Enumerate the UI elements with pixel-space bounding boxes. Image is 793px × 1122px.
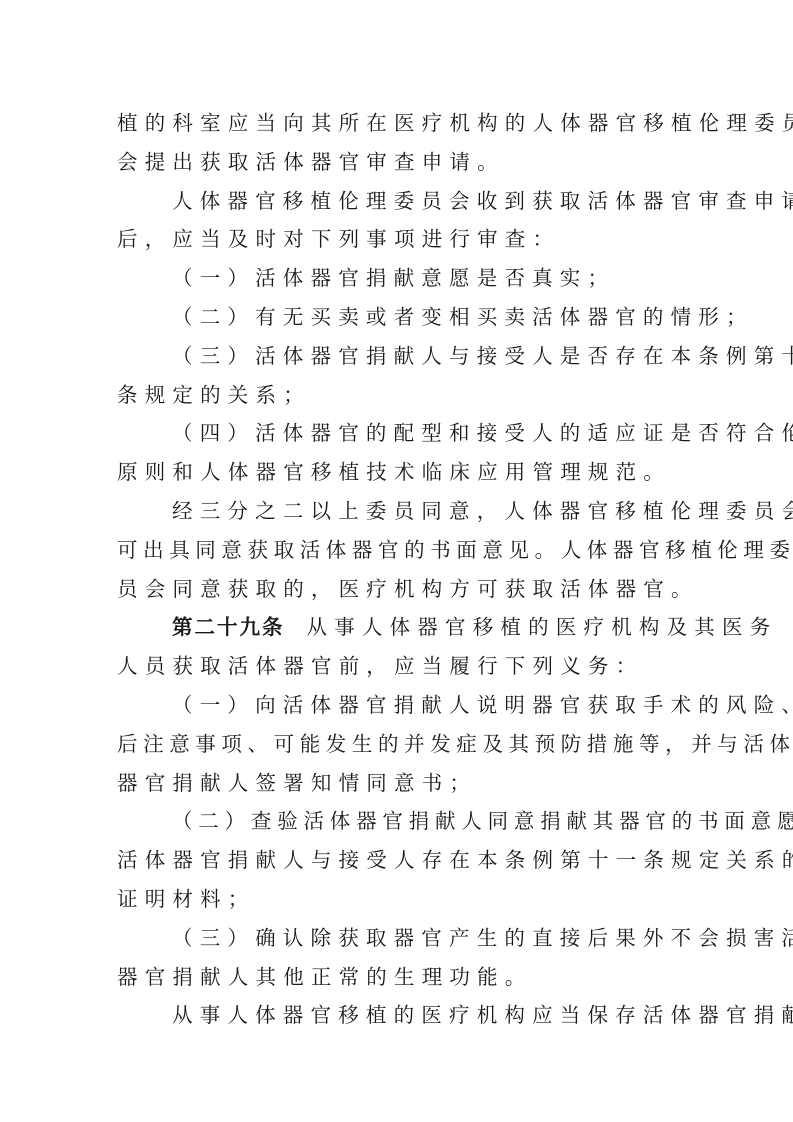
list-item-1: （一）向活体器官捐献人说明器官获取手术的风险、术 — [117, 686, 673, 725]
text-line: 员会同意获取的，医疗机构方可获取活体器官。 — [117, 570, 673, 609]
text-line: 原则和人体器官移植技术临床应用管理规范。 — [117, 453, 673, 492]
article-29-line: 第二十九条从事人体器官移植的医疗机构及其医务 — [117, 608, 673, 647]
list-item-1: （一）活体器官捐献意愿是否真实； — [117, 259, 673, 298]
text-line: 证明材料； — [117, 880, 673, 919]
list-item-3: （三）确认除获取器官产生的直接后果外不会损害活体 — [117, 919, 673, 958]
text-line: 会提出获取活体器官审查申请。 — [117, 143, 673, 182]
article-heading: 第二十九条 — [172, 615, 285, 639]
text-line: 活体器官捐献人与接受人存在本条例第十一条规定关系的 — [117, 841, 673, 880]
list-item-2: （二）查验活体器官捐献人同意捐献其器官的书面意愿、 — [117, 802, 673, 841]
text-line: 植的科室应当向其所在医疗机构的人体器官移植伦理委员 — [117, 104, 673, 143]
article-text: 从事人体器官移植的医疗机构及其医务 — [307, 615, 778, 639]
text-line: 后，应当及时对下列事项进行审查： — [117, 220, 673, 259]
text-line: 可出具同意获取活体器官的书面意见。人体器官移植伦理委 — [117, 531, 673, 570]
text-line: 人员获取活体器官前，应当履行下列义务： — [117, 647, 673, 686]
text-line: 器官捐献人签署知情同意书； — [117, 764, 673, 803]
text-line: 条规定的关系； — [117, 376, 673, 415]
text-line: 器官捐献人其他正常的生理功能。 — [117, 958, 673, 997]
document-page: 植的科室应当向其所在医疗机构的人体器官移植伦理委员 会提出获取活体器官审查申请。… — [117, 104, 673, 1035]
list-item-3: （三）活体器官捐献人与接受人是否存在本条例第十一 — [117, 337, 673, 376]
paragraph-start: 经三分之二以上委员同意，人体器官移植伦理委员会方 — [117, 492, 673, 531]
paragraph-start: 从事人体器官移植的医疗机构应当保存活体器官捐献 — [117, 996, 673, 1035]
list-item-2: （二）有无买卖或者变相买卖活体器官的情形； — [117, 298, 673, 337]
paragraph-start: 人体器官移植伦理委员会收到获取活体器官审查申请 — [117, 182, 673, 221]
text-line: 后注意事项、可能发生的并发症及其预防措施等，并与活体 — [117, 725, 673, 764]
list-item-4: （四）活体器官的配型和接受人的适应证是否符合伦理 — [117, 414, 673, 453]
